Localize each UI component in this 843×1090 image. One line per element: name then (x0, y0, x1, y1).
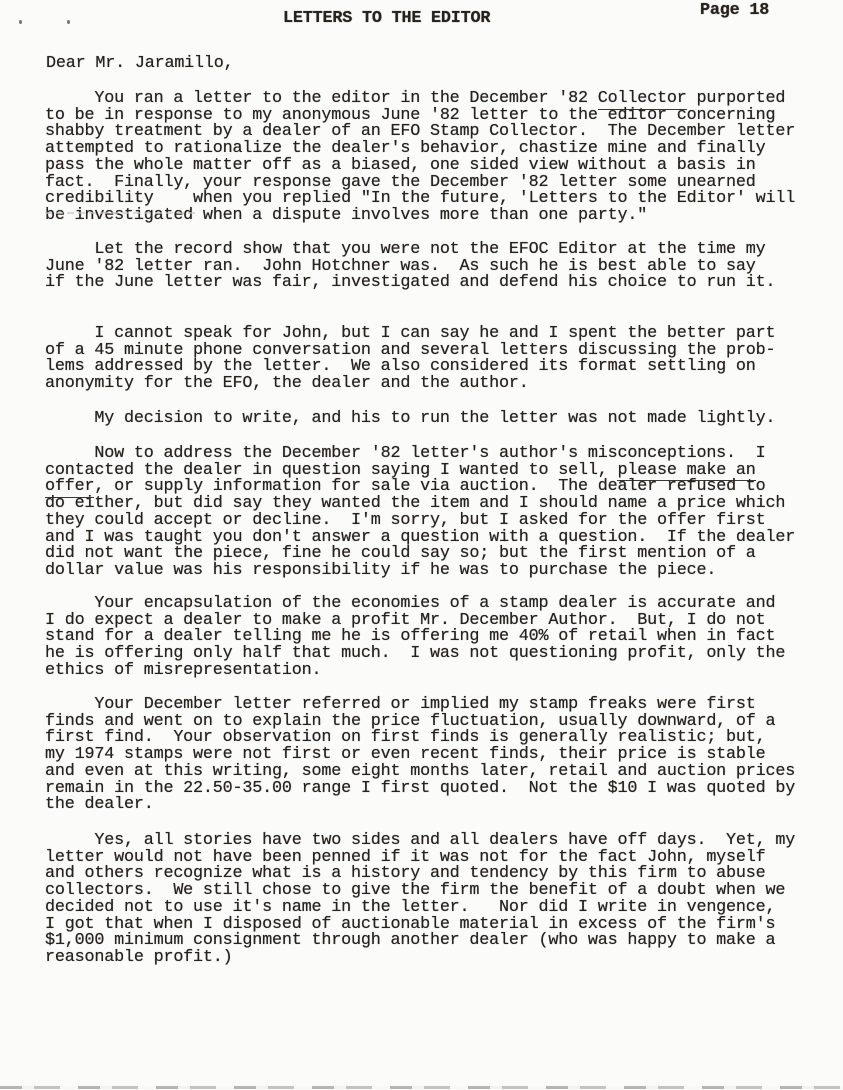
paragraph-1: You ran a letter to the editor in the De… (45, 91, 795, 225)
paragraph-text: Yes, all stories have two sides and all … (45, 831, 795, 967)
paragraph-8: Yes, all stories have two sides and all … (45, 833, 795, 967)
scan-smudge (45, 212, 195, 214)
paragraph-text: , or supply information for sale via auc… (45, 477, 795, 580)
salutation: Dear Mr. Jaramillo, (46, 56, 234, 73)
paragraph-5: Now to address the December '82 letter's… (45, 446, 795, 580)
scan-speck (19, 20, 22, 24)
paragraph-2: Let the record show that you were not th… (45, 242, 775, 292)
paragraph-text: Let the record show that you were not th… (45, 240, 775, 292)
page-bottom-edge (0, 1086, 843, 1089)
paragraph-7: Your December letter referred or implied… (45, 697, 795, 814)
paragraph-text: Your encapsulation of the economies of a… (45, 594, 785, 680)
paragraph-6: Your encapsulation of the economies of a… (45, 596, 785, 680)
page-title: LETTERS TO THE EDITOR (283, 11, 490, 28)
paragraph-text: purported to be in response to my anonym… (45, 89, 795, 225)
paragraph-text: I cannot speak for John, but I can say h… (45, 324, 775, 393)
paragraph-4: My decision to write, and his to run the… (45, 411, 775, 428)
paragraph-text: My decision to write, and his to run the… (45, 409, 775, 428)
scan-speck (67, 20, 70, 24)
paragraph-text: Your December letter referred or implied… (45, 695, 795, 814)
letter-page: Page 18 LETTERS TO THE EDITOR Dear Mr. J… (0, 0, 843, 1090)
page-number: Page 18 (700, 3, 769, 20)
paragraph-3: I cannot speak for John, but I can say h… (45, 326, 775, 393)
